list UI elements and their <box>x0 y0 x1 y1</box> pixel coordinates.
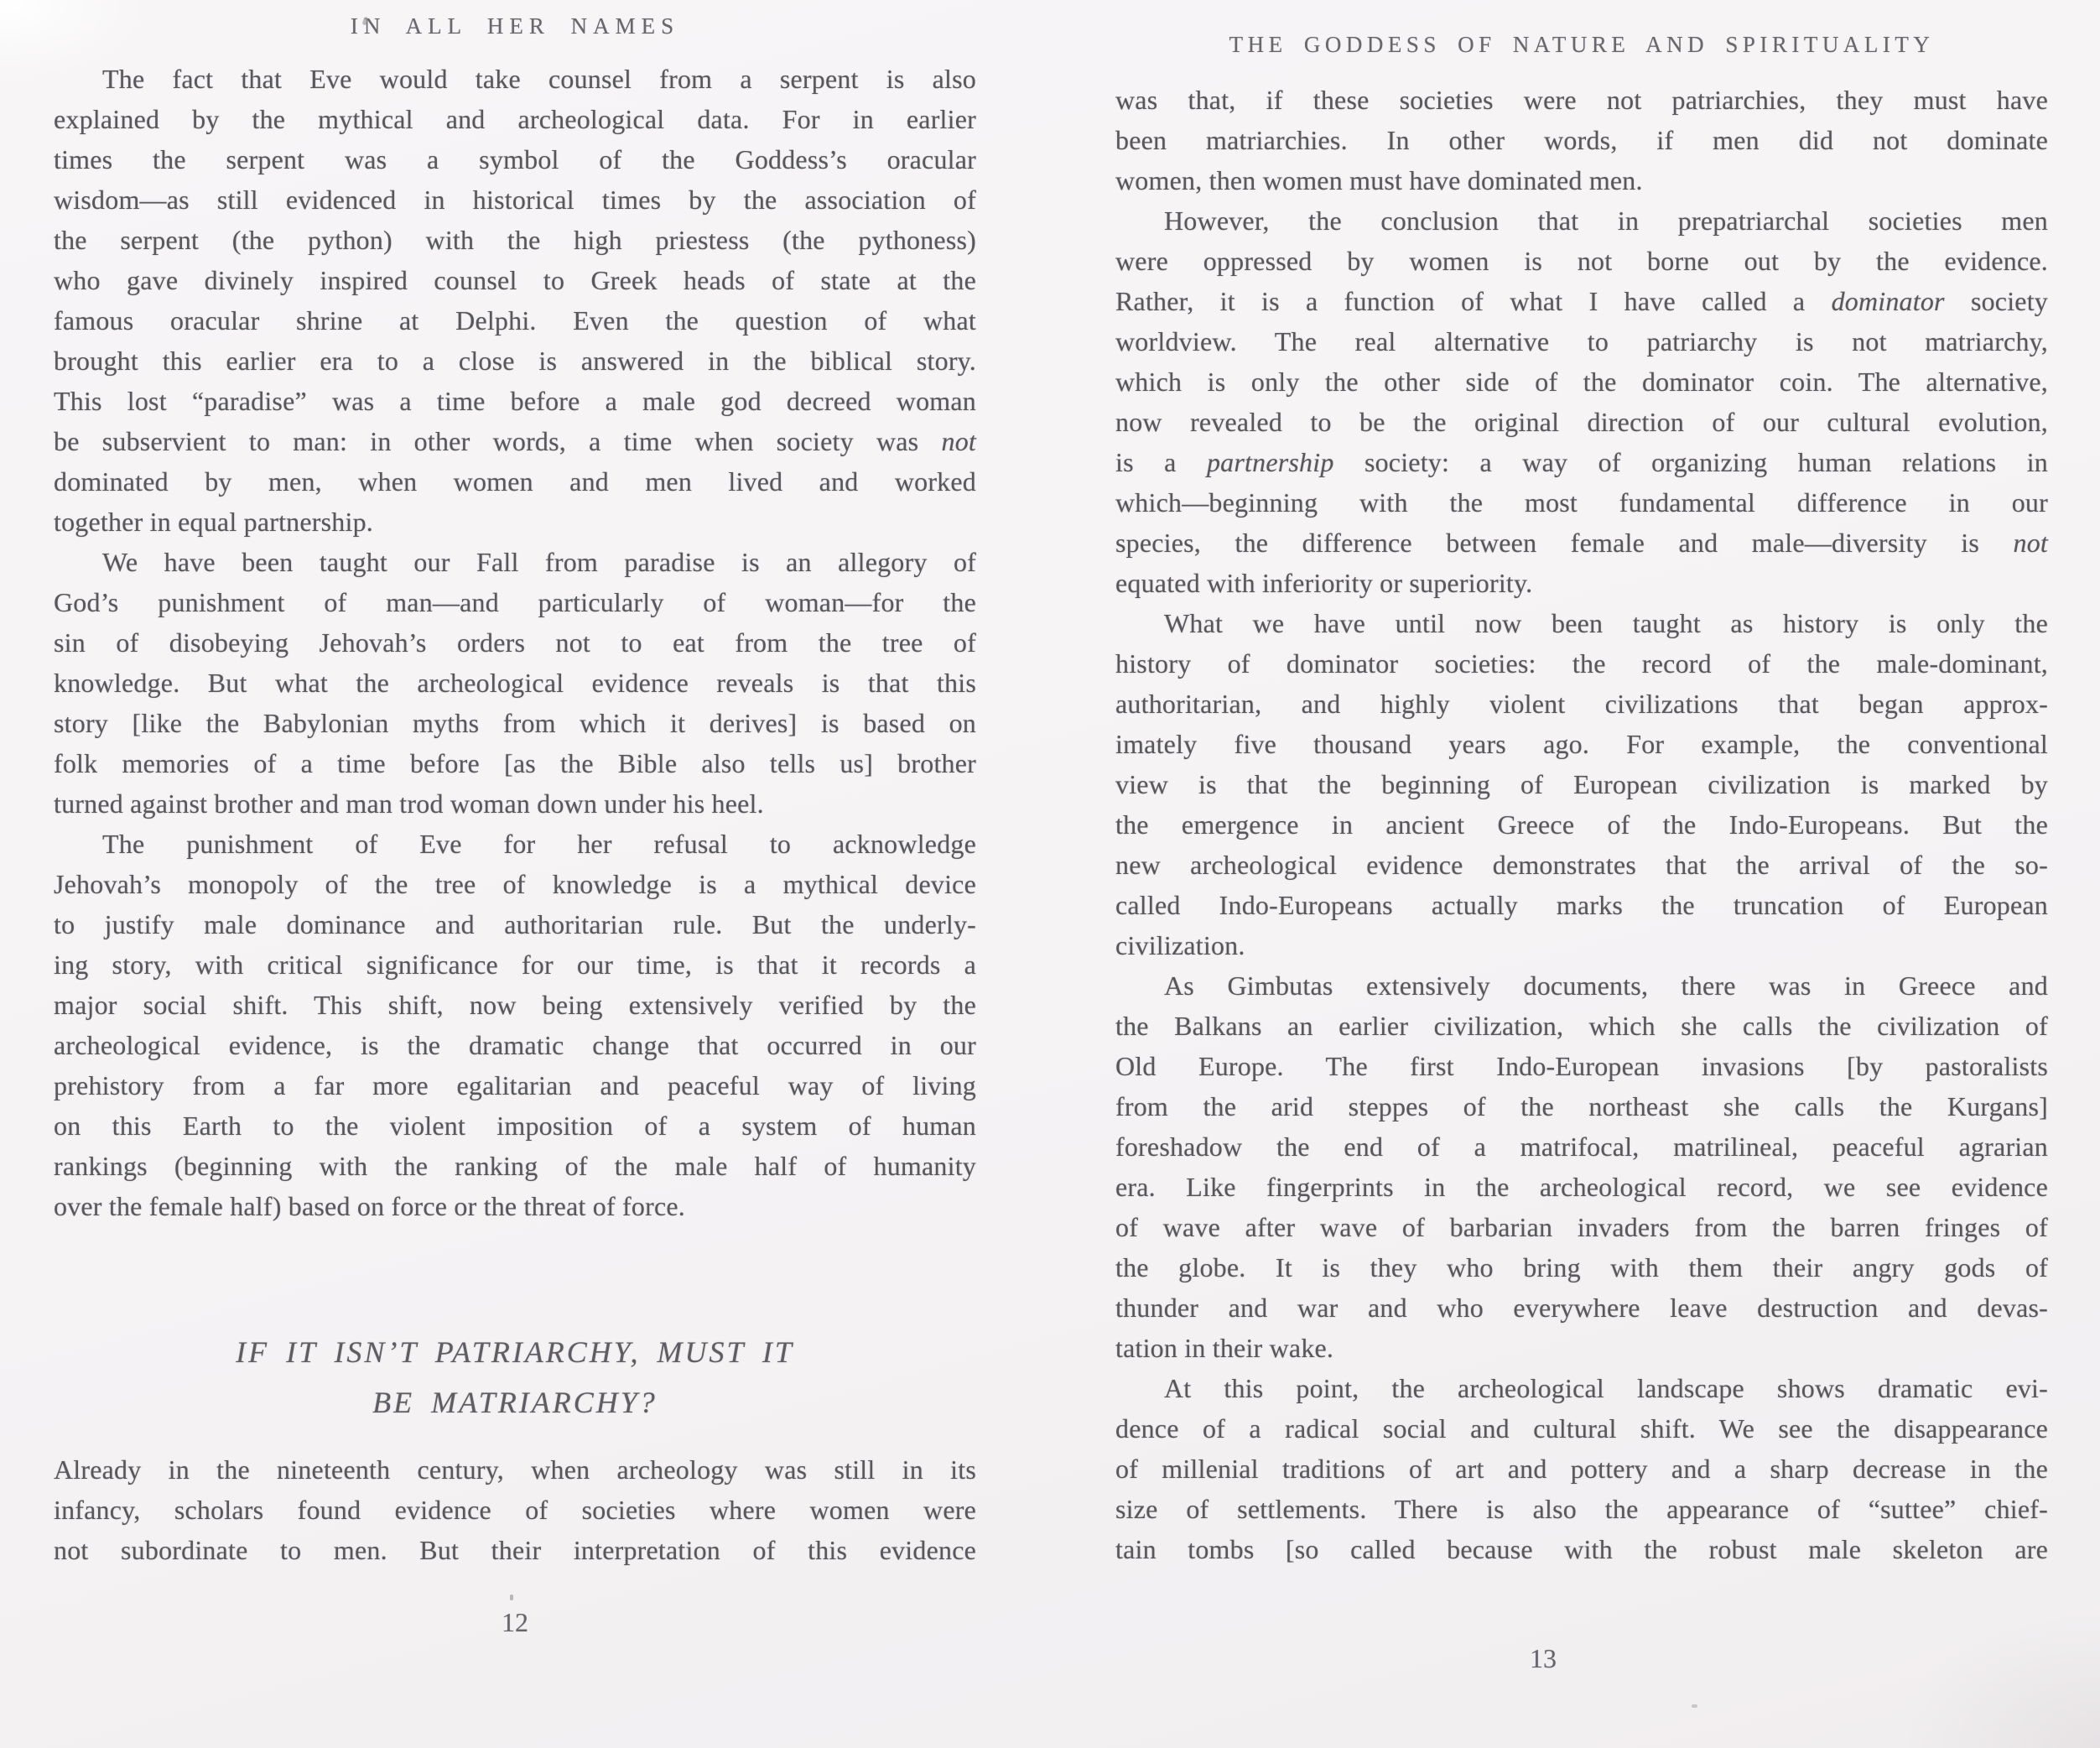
paragraph: The fact that Eve would take counsel fro… <box>54 59 976 542</box>
paragraph: We have been taught our Fall from paradi… <box>54 542 976 824</box>
text-line: We have been taught our Fall from paradi… <box>54 542 976 582</box>
page-number-left: 12 <box>54 1605 976 1639</box>
text-line: sin of disobeying Jehovah’s orders not t… <box>54 622 976 663</box>
text-line: dence of a radical social and cultural s… <box>1115 1408 2048 1449</box>
text-line: over the female half) based on force or … <box>54 1186 976 1226</box>
text-line: knowledge. But what the archeological ev… <box>54 663 976 703</box>
running-head-left: IN ALL HER NAMES <box>54 12 976 40</box>
text-line: of millenial traditions of art and potte… <box>1115 1449 2048 1489</box>
text-line: together in equal partnership. <box>54 502 976 542</box>
text-line: thunder and war and who everywhere leave… <box>1115 1288 2048 1328</box>
page-body-right: was that, if these societies were not pa… <box>1115 80 2048 1569</box>
text-line: The punishment of Eve for her refusal to… <box>54 824 976 864</box>
paragraph: was that, if these societies were not pa… <box>1115 80 2048 200</box>
text-line: who gave divinely inspired counsel to Gr… <box>54 260 976 300</box>
text-line: view is that the beginning of European c… <box>1115 764 2048 804</box>
text-line: turned against brother and man trod woma… <box>54 783 976 824</box>
paragraph: The punishment of Eve for her refusal to… <box>54 824 976 1226</box>
text-line: be subservient to man: in other words, a… <box>54 421 976 461</box>
text-line: infancy, scholars found evidence of soci… <box>54 1490 976 1530</box>
page-right: THE GODDESS OF NATURE AND SPIRITUALITY w… <box>1115 30 2048 1675</box>
text-line: IF IT ISN’T PATRIARCHY, MUST IT <box>54 1327 976 1377</box>
page-body-left: The fact that Eve would take counsel fro… <box>54 59 976 1570</box>
text-line: folk memories of a time before [as the B… <box>54 743 976 783</box>
text-line: equated with inferiority or superiority. <box>1115 563 2048 603</box>
text-line: brought this earlier era to a close is a… <box>54 341 976 381</box>
text-line: been matriarchies. In other words, if me… <box>1115 120 2048 160</box>
text-line: which is only the other side of the domi… <box>1115 362 2048 402</box>
text-line: Rather, it is a function of what I have … <box>1115 281 2048 321</box>
text-line: tain tombs [so called because with the r… <box>1115 1529 2048 1569</box>
text-line: tation in their wake. <box>1115 1328 2048 1368</box>
text-line: women, then women must have dominated me… <box>1115 160 2048 200</box>
paragraph: As Gimbutas extensively documents, there… <box>1115 965 2048 1368</box>
text-line: which—beginning with the most fundamenta… <box>1115 482 2048 523</box>
text-line: archeological evidence, is the dramatic … <box>54 1025 976 1065</box>
text-line: However, the conclusion that in prepatri… <box>1115 200 2048 241</box>
text-line: ing story, with critical significance fo… <box>54 944 976 985</box>
text-line: era. Like fingerprints in the archeologi… <box>1115 1167 2048 1207</box>
text-line: The fact that Eve would take counsel fro… <box>54 59 976 99</box>
text-line: of wave after wave of barbarian invaders… <box>1115 1207 2048 1247</box>
text-line: God’s punishment of man—and particularly… <box>54 582 976 622</box>
text-line: civilization. <box>1115 925 2048 965</box>
text-line: story [like the Babylonian myths from wh… <box>54 703 976 743</box>
page-number-right: 13 <box>1077 1641 2009 1675</box>
section-heading: IF IT ISN’T PATRIARCHY, MUST ITBE MATRIA… <box>54 1327 976 1428</box>
text-line: Jehovah’s monopoly of the tree of knowle… <box>54 864 976 904</box>
text-line: history of dominator societies: the reco… <box>1115 643 2048 684</box>
paragraph: However, the conclusion that in prepatri… <box>1115 200 2048 603</box>
text-line: major social shift. This shift, now bein… <box>54 985 976 1025</box>
text-line: is a partnership society: a way of organ… <box>1115 442 2048 482</box>
text-line: times the serpent was a symbol of the Go… <box>54 139 976 179</box>
scan-speck <box>510 1595 513 1600</box>
text-line: was that, if these societies were not pa… <box>1115 80 2048 120</box>
text-line: to justify male dominance and authoritar… <box>54 904 976 944</box>
text-line: the Balkans an earlier civilization, whi… <box>1115 1006 2048 1046</box>
text-line: new archeological evidence demonstrates … <box>1115 845 2048 885</box>
page-left: IN ALL HER NAMES The fact that Eve would… <box>54 12 976 1639</box>
running-head-right: THE GODDESS OF NATURE AND SPIRITUALITY <box>1115 30 2048 59</box>
text-line: the serpent (the python) with the high p… <box>54 220 976 260</box>
text-line: BE MATRIARCHY? <box>54 1377 976 1428</box>
text-line: the globe. It is they who bring with the… <box>1115 1247 2048 1288</box>
text-line: prehistory from a far more egalitarian a… <box>54 1065 976 1106</box>
scan-speck <box>1692 1704 1697 1708</box>
text-line: This lost “paradise” was a time before a… <box>54 381 976 421</box>
text-line: from the arid steppes of the northeast s… <box>1115 1086 2048 1126</box>
text-line: explained by the mythical and archeologi… <box>54 99 976 139</box>
text-line: now revealed to be the original directio… <box>1115 402 2048 442</box>
text-line: species, the difference between female a… <box>1115 523 2048 563</box>
text-line: were oppressed by women is not borne out… <box>1115 241 2048 281</box>
text-line: As Gimbutas extensively documents, there… <box>1115 965 2048 1006</box>
text-line: dominated by men, when women and men liv… <box>54 461 976 502</box>
text-line: the emergence in ancient Greece of the I… <box>1115 804 2048 845</box>
text-line: worldview. The real alternative to patri… <box>1115 321 2048 362</box>
text-line: wisdom—as still evidenced in historical … <box>54 179 976 220</box>
text-line: size of settlements. There is also the a… <box>1115 1489 2048 1529</box>
text-line: imately five thousand years ago. For exa… <box>1115 724 2048 764</box>
book-spread: IN ALL HER NAMES The fact that Eve would… <box>0 0 2100 1748</box>
text-line: rankings (beginning with the ranking of … <box>54 1146 976 1186</box>
text-line: famous oracular shrine at Delphi. Even t… <box>54 300 976 341</box>
text-line: on this Earth to the violent imposition … <box>54 1106 976 1146</box>
paragraph: At this point, the archeological landsca… <box>1115 1368 2048 1569</box>
text-line: At this point, the archeological landsca… <box>1115 1368 2048 1408</box>
text-line: What we have until now been taught as hi… <box>1115 603 2048 643</box>
text-line: Old Europe. The first Indo-European inva… <box>1115 1046 2048 1086</box>
text-line: called Indo-Europeans actually marks the… <box>1115 885 2048 925</box>
text-line: Already in the nineteenth century, when … <box>54 1449 976 1490</box>
text-line: authoritarian, and highly violent civili… <box>1115 684 2048 724</box>
paragraph: What we have until now been taught as hi… <box>1115 603 2048 965</box>
text-line: foreshadow the end of a matrifocal, matr… <box>1115 1126 2048 1167</box>
paragraph: Already in the nineteenth century, when … <box>54 1449 976 1570</box>
text-line: not subordinate to men. But their interp… <box>54 1530 976 1570</box>
